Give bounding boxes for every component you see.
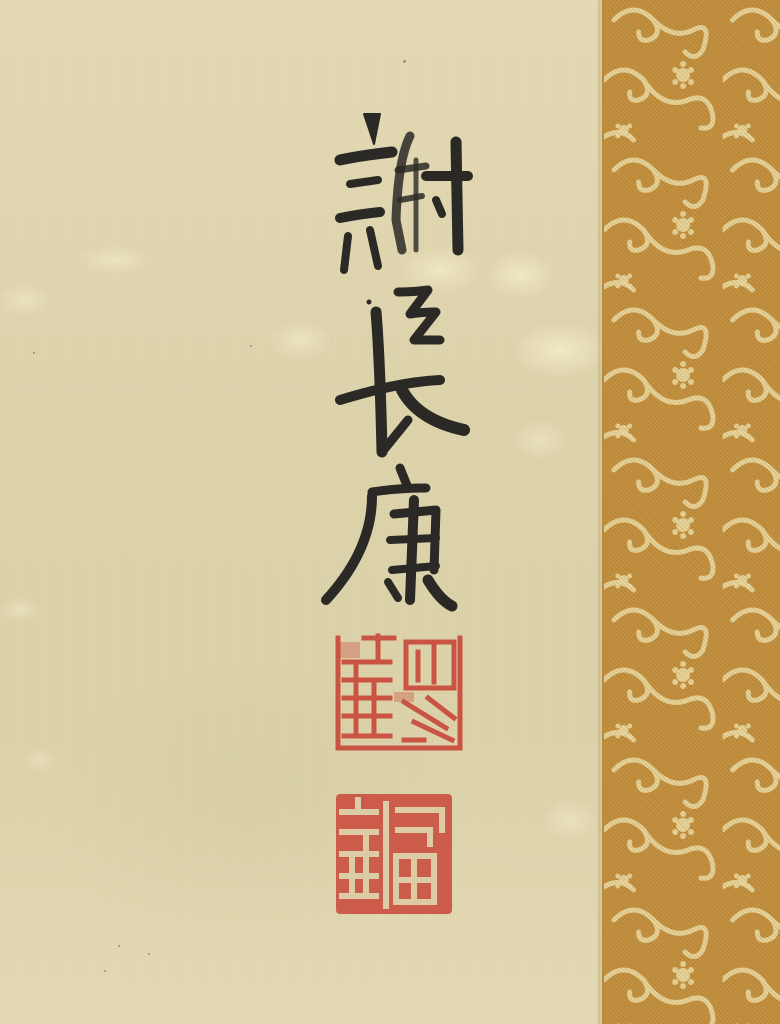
paper-speck bbox=[403, 60, 406, 63]
seal-impression bbox=[334, 632, 464, 752]
paper-speck bbox=[118, 945, 120, 947]
paper-speck bbox=[148, 953, 150, 955]
char-xie bbox=[340, 114, 468, 270]
red-seal-lower bbox=[332, 790, 456, 918]
red-seal-upper bbox=[334, 632, 464, 752]
char-geng bbox=[326, 468, 452, 606]
seal-impression bbox=[332, 790, 456, 918]
scroll-vine-pattern bbox=[604, 0, 780, 1024]
paper-speck bbox=[33, 352, 35, 354]
paper-speck bbox=[250, 345, 252, 347]
scroll-photo: 謝長庚 bbox=[0, 0, 780, 1024]
signature-strokes: 謝長庚 bbox=[318, 100, 488, 620]
char-chang bbox=[340, 290, 464, 452]
paper-speck bbox=[104, 970, 106, 972]
brocade-mounting bbox=[602, 0, 780, 1024]
aged-paper bbox=[0, 0, 602, 1024]
calligraphy-signature: 謝長庚 bbox=[318, 100, 488, 620]
